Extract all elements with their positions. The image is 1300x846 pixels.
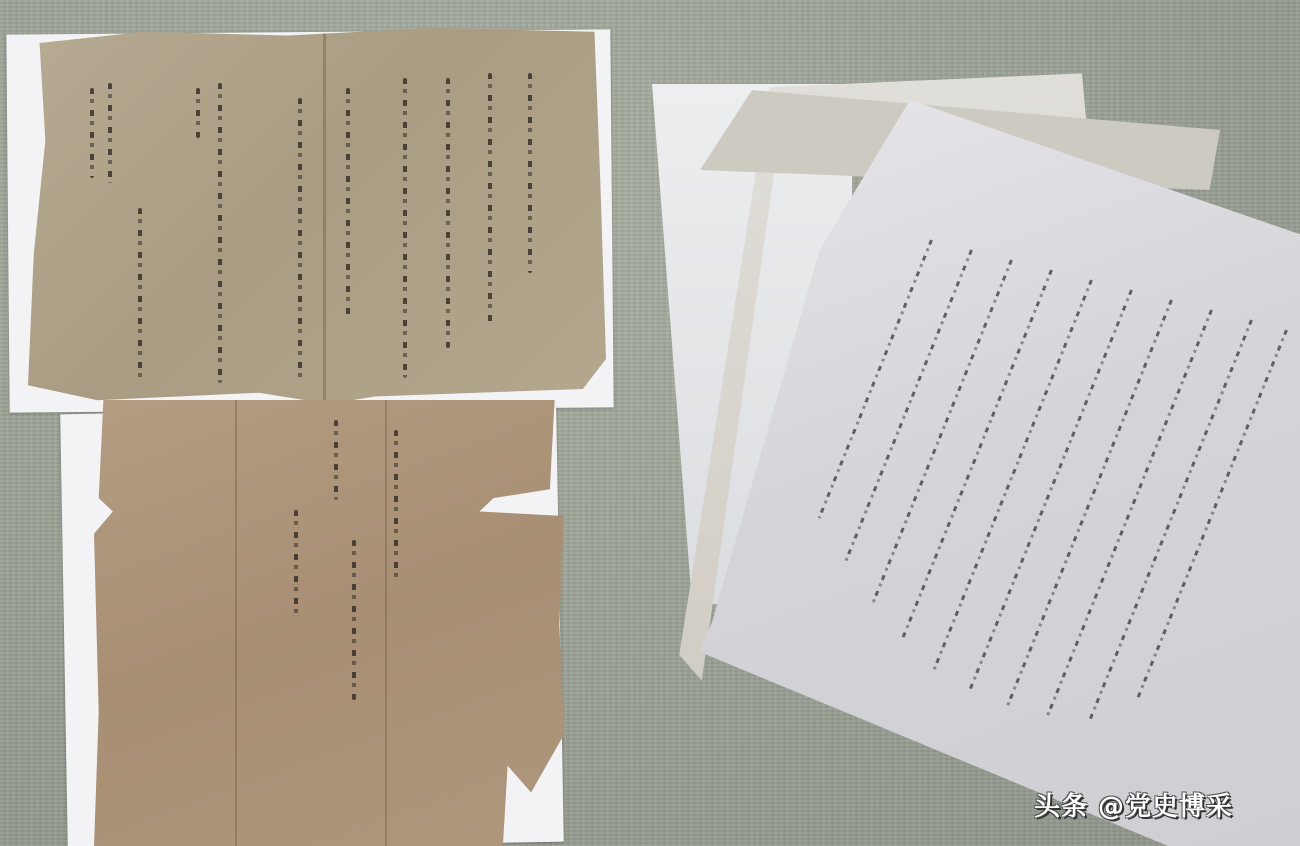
handwriting-column — [346, 88, 350, 318]
handwriting-column — [403, 78, 407, 378]
handwriting-column — [1089, 319, 1253, 719]
handwriting-column — [528, 73, 532, 273]
document-top-left — [28, 28, 606, 404]
handwriting-column — [446, 78, 450, 348]
handwriting-column — [394, 430, 398, 580]
handwriting-column — [352, 540, 356, 700]
handwriting-column — [196, 88, 200, 138]
handwriting-column — [969, 289, 1133, 689]
document-fold — [323, 28, 326, 404]
handwriting-column — [108, 83, 112, 183]
handwriting-column — [1045, 309, 1213, 718]
handwriting-column — [298, 98, 302, 378]
handwriting-column — [933, 279, 1093, 670]
watermark-text: 头条 @党史博采 — [1034, 786, 1233, 823]
handwriting-column — [818, 239, 933, 518]
handwriting-column — [1005, 299, 1173, 708]
document-bottom-left — [94, 400, 564, 846]
handwriting-column — [900, 269, 1053, 641]
handwriting-column — [334, 420, 338, 500]
handwriting-column — [488, 73, 492, 323]
handwriting-column — [294, 510, 298, 620]
handwriting-column — [218, 83, 222, 383]
handwriting-column — [90, 88, 94, 178]
handwriting-column — [138, 208, 142, 378]
handwriting-column — [1135, 329, 1288, 701]
document-fold — [385, 400, 387, 846]
document-fold — [235, 400, 237, 846]
handwriting-column — [872, 259, 1013, 603]
